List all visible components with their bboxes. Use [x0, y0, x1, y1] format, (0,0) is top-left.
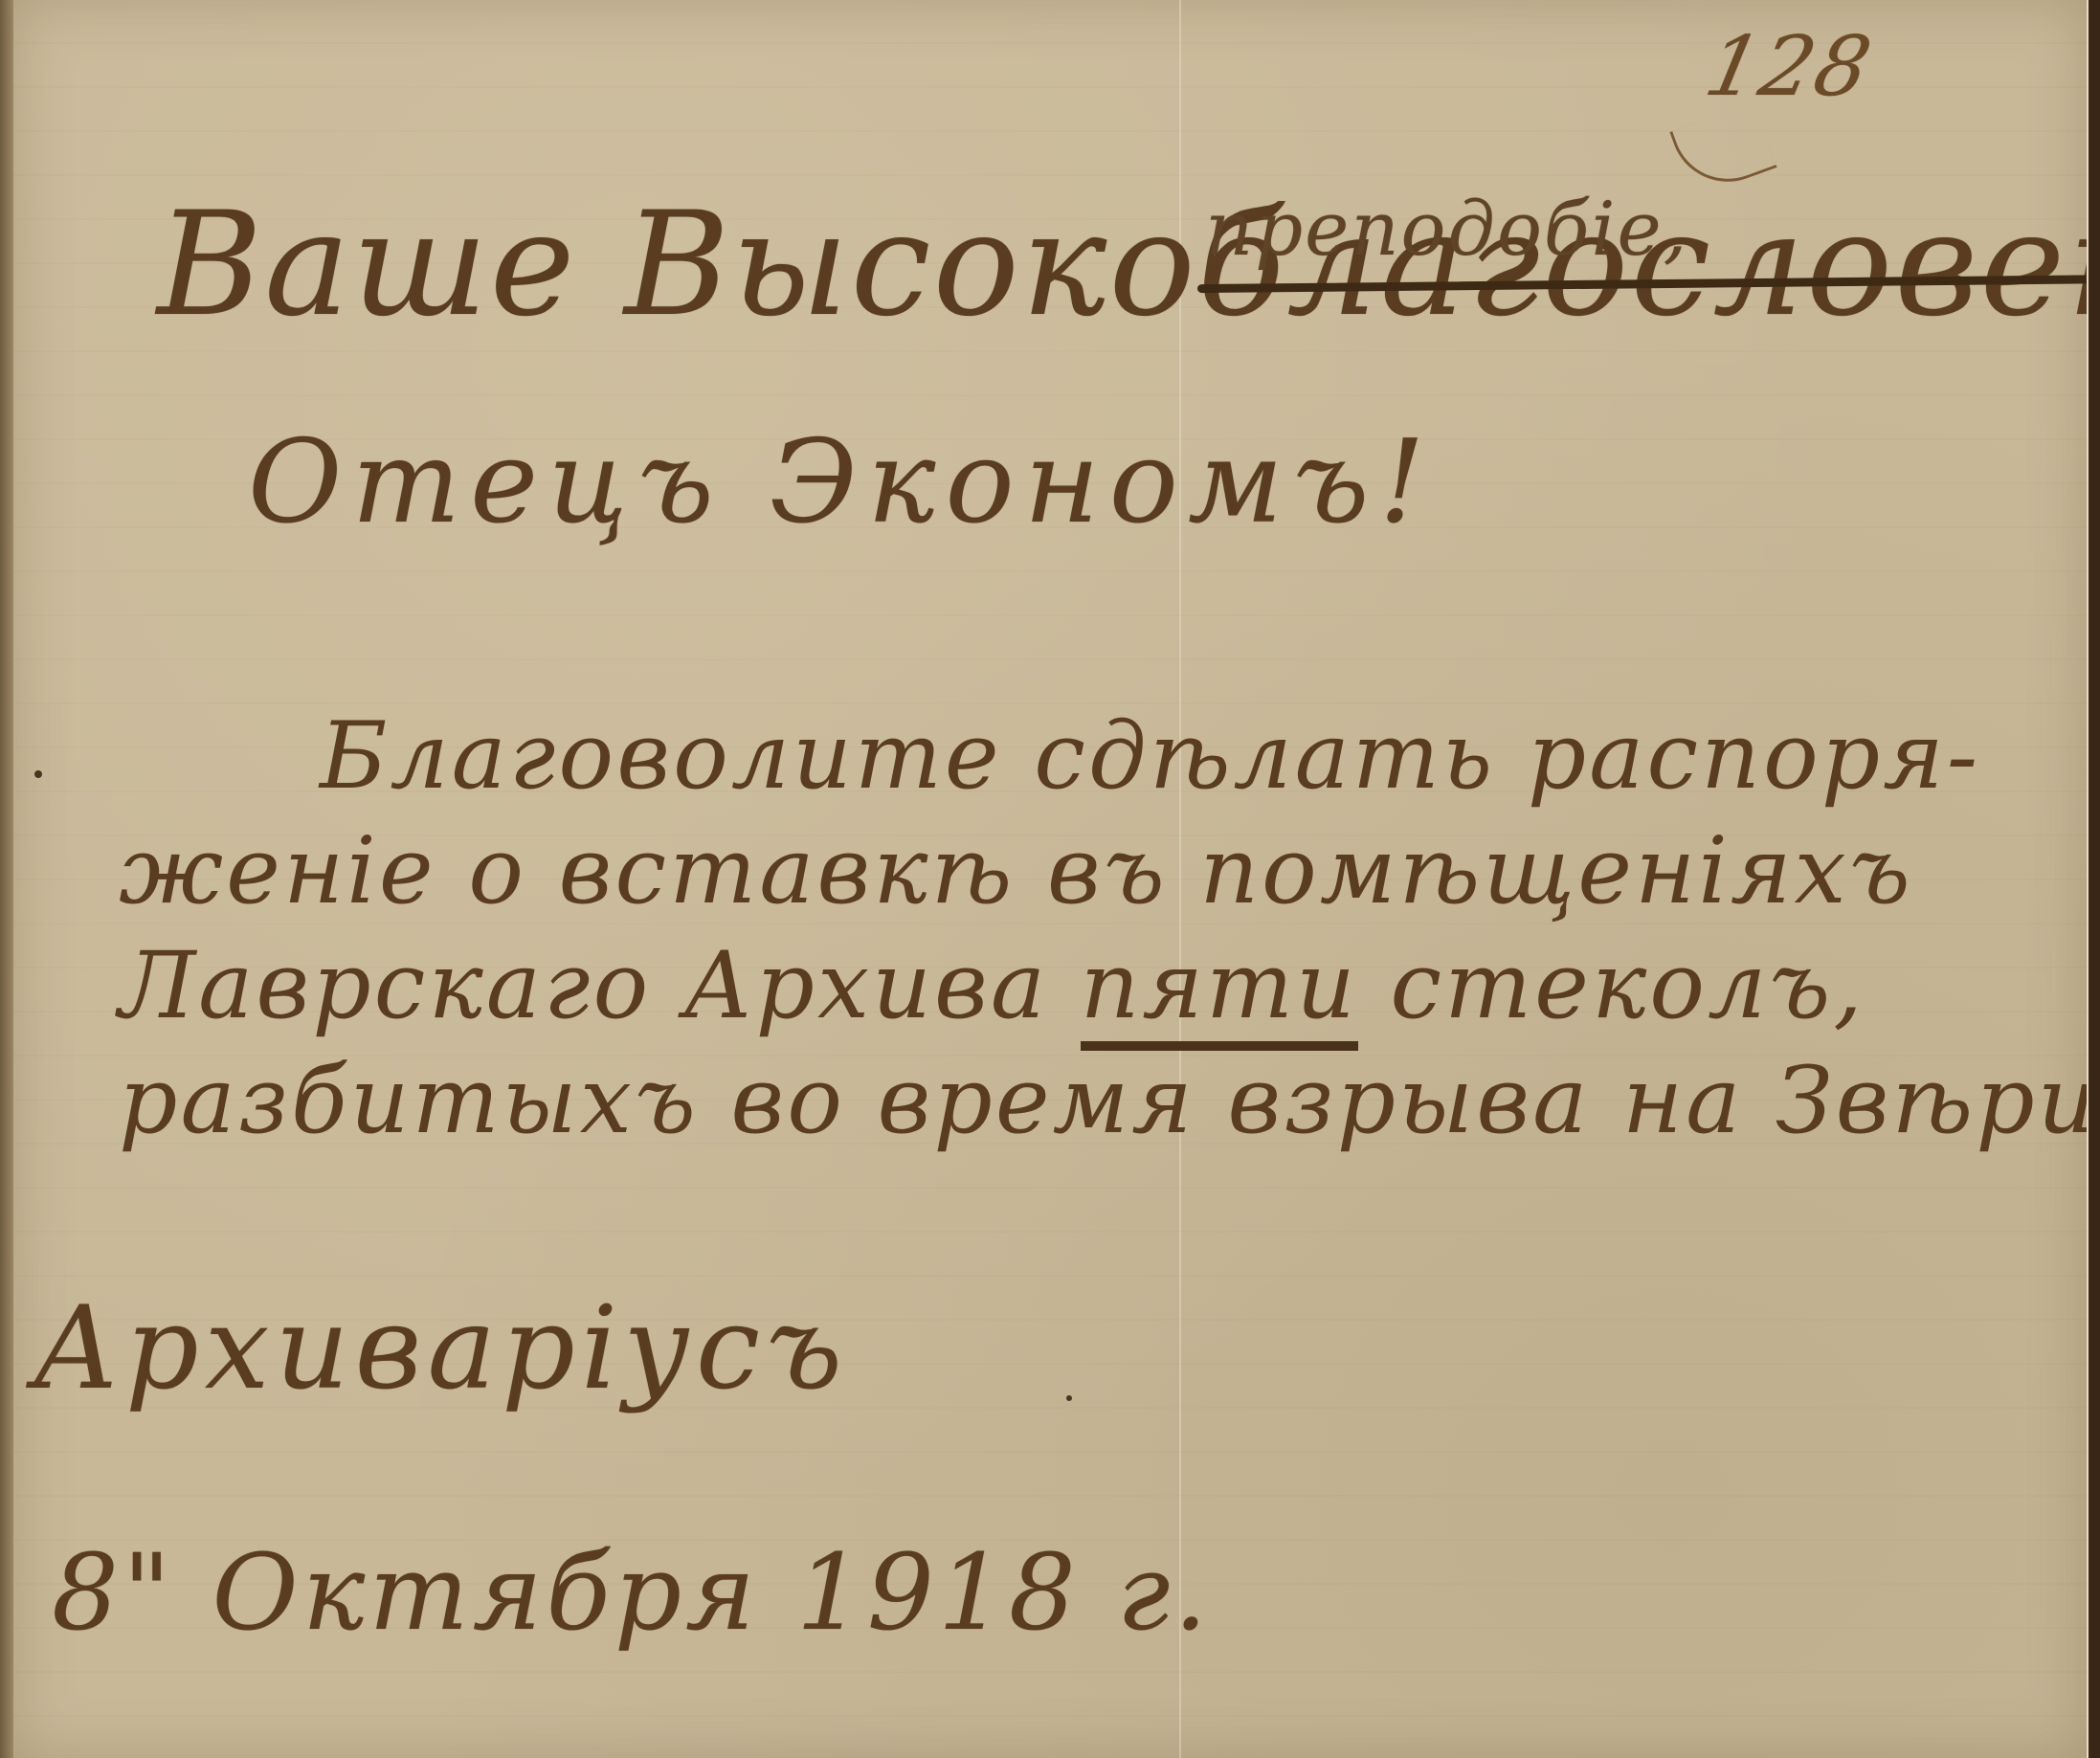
- paper-left-edge: [0, 0, 13, 1758]
- body-line-3: Лаврскаго Архива пяти стеколъ,: [119, 928, 2090, 1043]
- body-line-2: женіе о вставкѣ въ помѣщеніяхъ: [119, 813, 2090, 928]
- paper-right-edge: [2087, 0, 2100, 1758]
- ink-speck: [34, 770, 42, 778]
- body-line-3-start: Лаврскаго Архива: [119, 932, 1081, 1039]
- underlined-word: пяти: [1081, 932, 1358, 1051]
- body-line-1: Благоволите сдѣлать распоря-: [119, 699, 2090, 813]
- body-line-4: разбитыхъ во время взрыва на Звѣринцѣ.: [119, 1043, 2090, 1158]
- interlinear-correction: преподобіе,: [1205, 187, 1688, 273]
- salutation-line-2: Отецъ Экономъ!: [248, 416, 1435, 549]
- salutation-prefix: Ваше Высоко: [157, 182, 1197, 348]
- folio-number: 128: [1697, 19, 1880, 115]
- manuscript-page: 128 Ваше Высокоблагословеніе преподобіе,…: [13, 0, 2087, 1758]
- salutation-line-1: Ваше Высокоблагословеніе: [157, 182, 2100, 348]
- letter-body: Благоволите сдѣлать распоря- женіе о вст…: [119, 699, 2090, 1158]
- body-line-3-end: стеколъ,: [1358, 932, 1865, 1039]
- ink-speck: [1066, 1395, 1072, 1401]
- letter-date: 8" Октября 1918 г.: [52, 1531, 1211, 1654]
- signature-title: Архиваріусъ: [33, 1282, 848, 1415]
